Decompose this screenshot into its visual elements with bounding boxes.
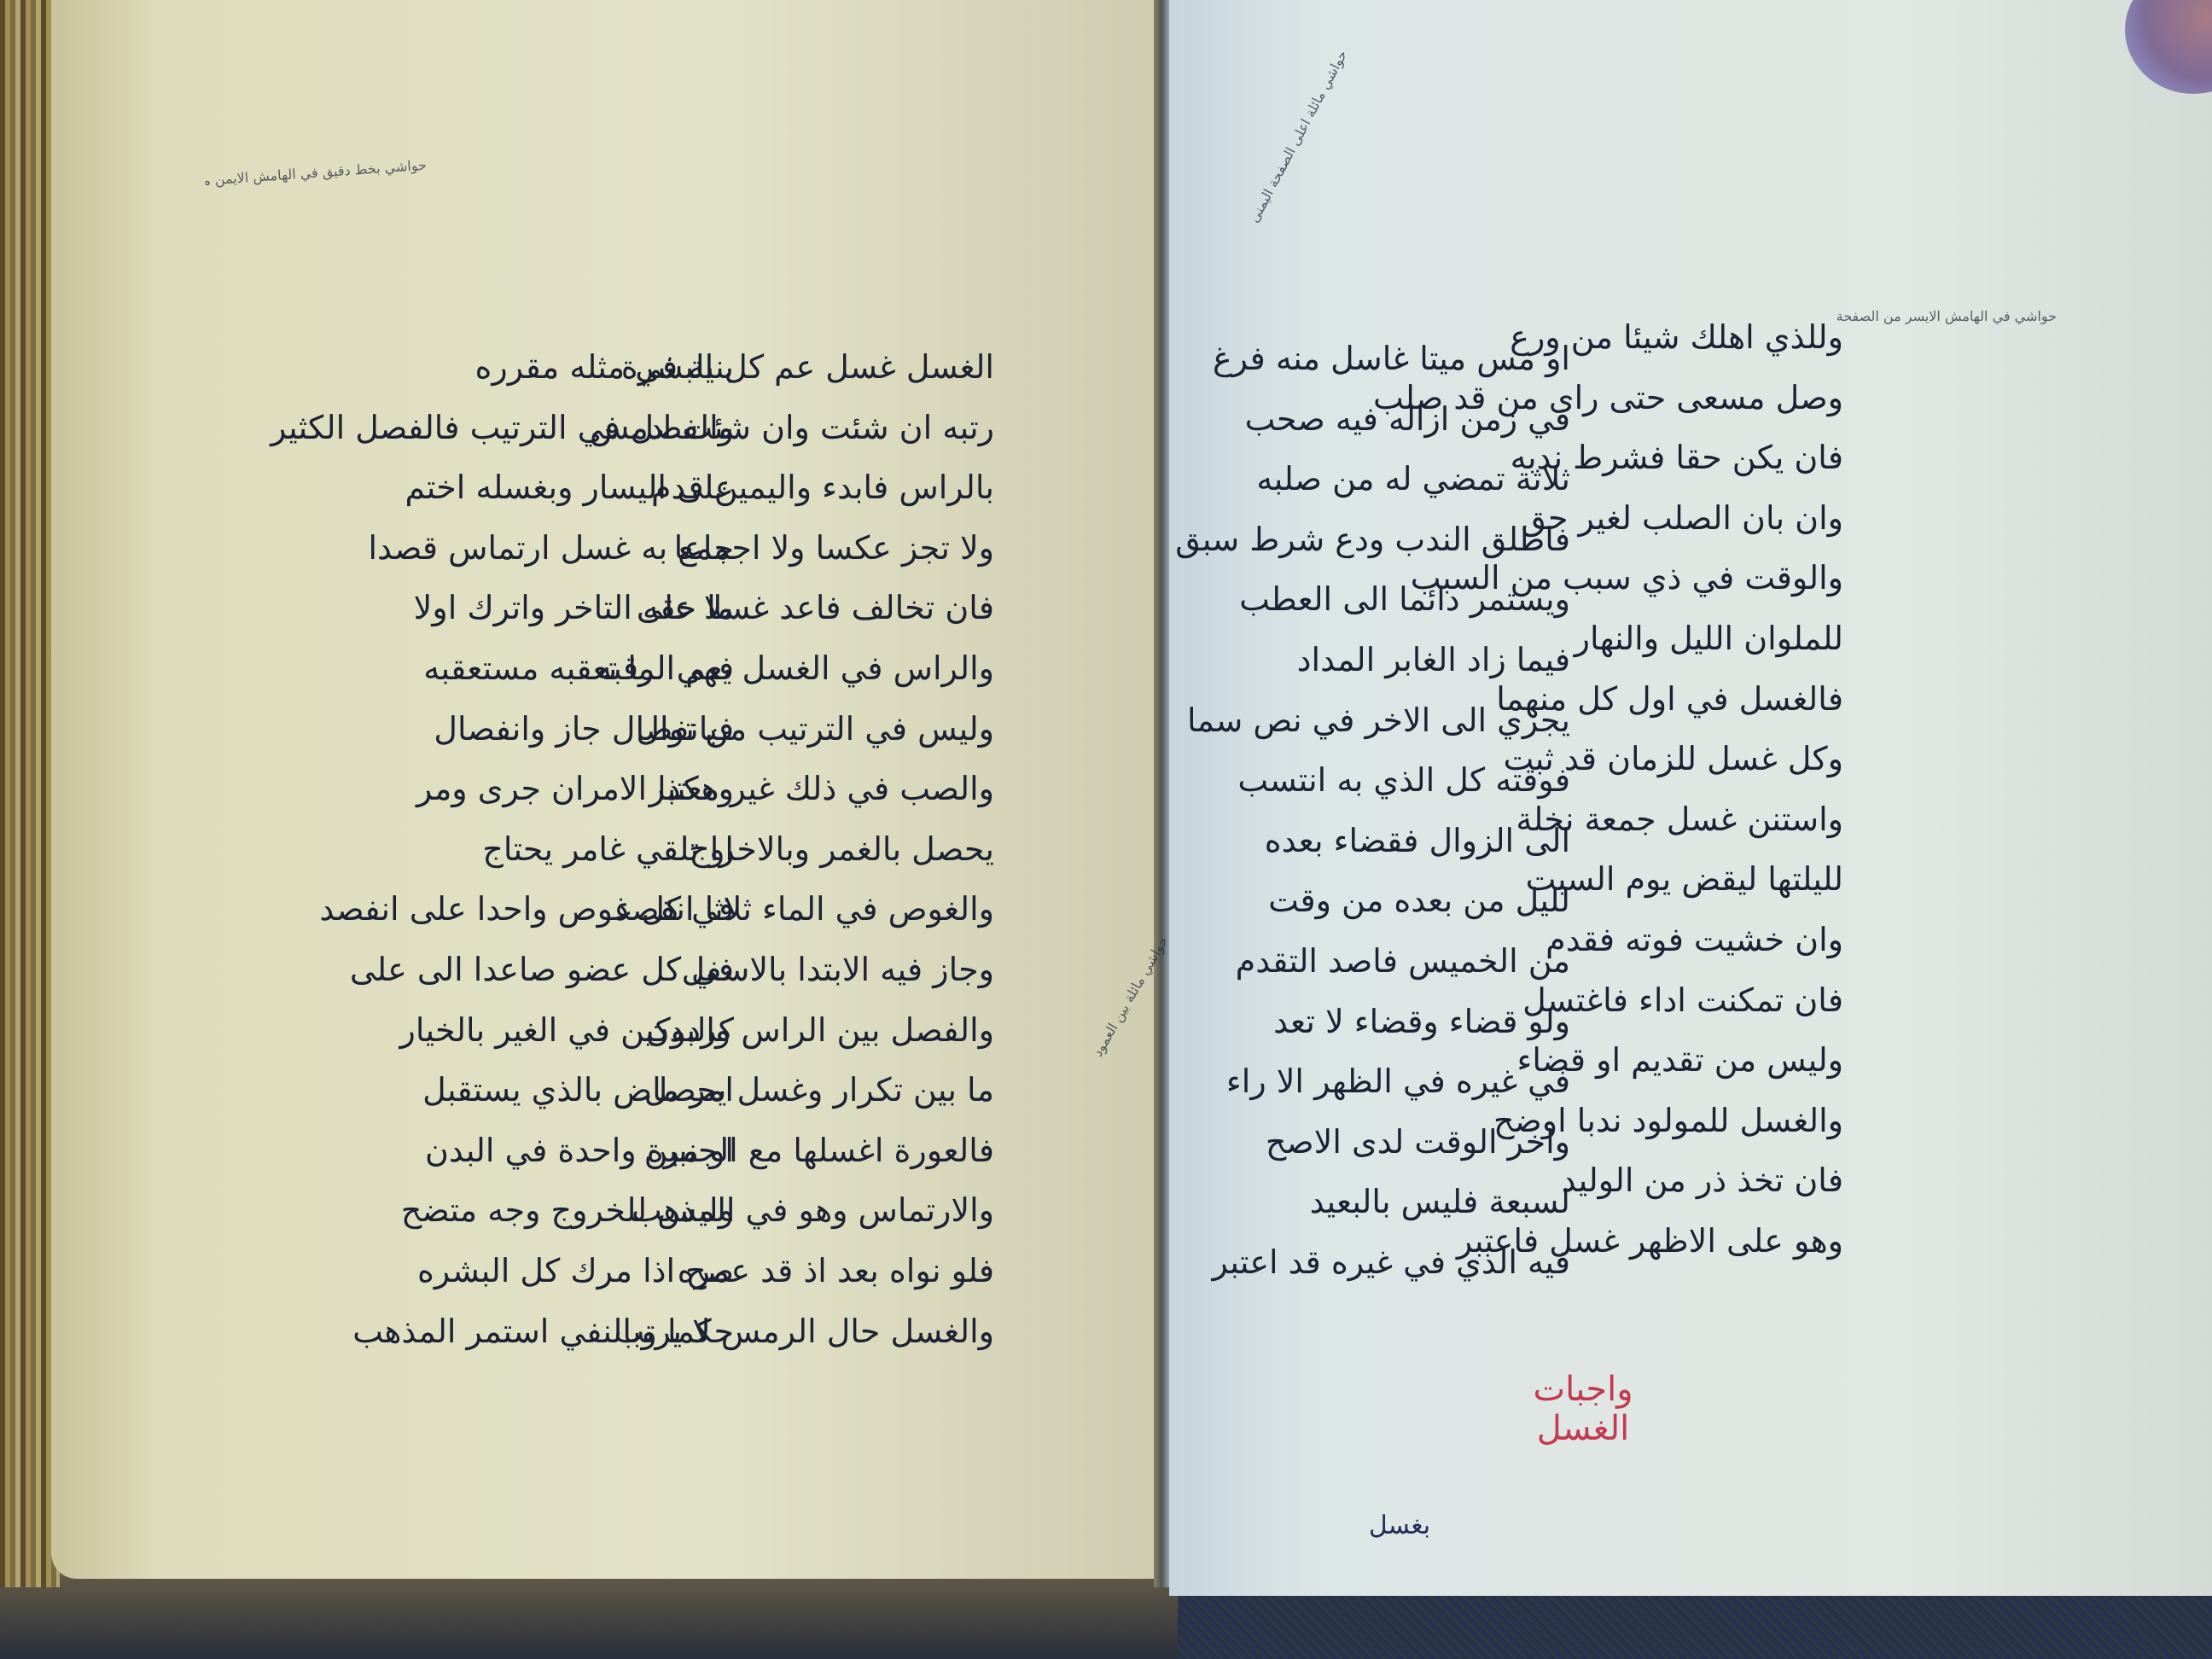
verse-line: للملوان الليل والنهار — [1587, 608, 1843, 669]
verse-line: جمع به غسل ارتماس قصدا — [461, 518, 734, 579]
verse-line: وليس من تقديم او قضاء — [1587, 1030, 1843, 1091]
verse-line: ما بين تكرار وغسل يحصل — [747, 1060, 994, 1121]
verse-line: والراس في الغسل يعم الرقبه — [747, 638, 994, 699]
verse-line: فان تمكنت اداء فاغتسل — [1587, 970, 1843, 1031]
left-page-left-column: بنية في مثله مقرره والفصل في الترتيب فال… — [461, 337, 734, 1361]
verse-line: فلو نواه بعد اذ قد عمره — [747, 1241, 994, 1301]
verse-line: من الخميس فاصد التقدم — [1297, 931, 1570, 992]
verse-line: ما حقه التاخر واترك اولا — [461, 578, 734, 638]
verse-line: بنية في مثله مقرره — [461, 337, 734, 398]
verse-line: والوقت في ذي سبب من السبب — [1587, 548, 1843, 608]
verse-line: وان بان الصلب لغير حق — [1587, 488, 1843, 549]
verse-line: في كل عضو صاعدا الى على — [461, 940, 734, 1000]
verse-line: الغسل غسل عم كل البشرة — [747, 337, 994, 398]
verse-line: والارتماس وهو في المذهب — [747, 1180, 994, 1241]
verse-line: فبانفصال جاز وانفصال — [461, 699, 734, 760]
verse-line: فاطلق الندب ودع شرط سبق — [1297, 509, 1570, 570]
verse-line: فهي لما تعقبه مستعقبه — [461, 638, 734, 699]
verse-line: فان تخالف فاعد غسلا على — [747, 578, 994, 638]
verse-line: وليس في الترتيب من توال — [747, 699, 994, 760]
verse-line: ويستمر دائما الى العطب — [1297, 569, 1570, 630]
right-page-right-column: وللذي اهلك شيئا من ورع وصل مسعى حتى راى … — [1587, 307, 1843, 1272]
verse-line: ثلاثة تمضي له من صلبه — [1297, 449, 1570, 509]
verse-line: والغسل للمولود ندبا اوضح — [1587, 1091, 1843, 1151]
verse-line: وكل غسل للزمان قد ثبت — [1587, 729, 1843, 789]
verse-line: يجري الى الاخر في نص سما — [1297, 690, 1570, 751]
verse-line: فان يكن حقا فشرط ندبه — [1587, 428, 1843, 488]
verse-line: وهكذا الامران جرى ومر — [461, 759, 734, 819]
verse-line: فالغسل في اول كل منهما — [1587, 669, 1843, 730]
verse-line: فالعورة اغسلها مع الجنبين — [747, 1121, 994, 1181]
verse-line: والصب في ذلك غير معتبر — [747, 759, 994, 819]
verse-line: لليل من بعده من وقت — [1297, 870, 1570, 931]
verse-line: والغوص في الماء ثلاثا انقصد — [747, 879, 994, 940]
verse-line: رتبه ان شئت وان شئت ادمس — [747, 398, 994, 458]
section-heading: واجبات الغسل — [1485, 1370, 1681, 1448]
left-page-right-column: الغسل غسل عم كل البشرة رتبه ان شئت وان ش… — [747, 337, 994, 1361]
verse-line: في كل غوص واحدا على انفصد — [461, 879, 734, 940]
verse-line: على اليسار وبغسله اختم — [461, 457, 734, 518]
verse-line: وليس للخروج وجه متضح — [461, 1180, 734, 1241]
verse-line: امر ماض بالذي يستقبل — [461, 1060, 734, 1121]
verse-line: واستنن غسل جمعة نخلة — [1587, 789, 1843, 850]
verse-line: يحصل بالغمر وبالاخراج — [747, 819, 994, 880]
verse-line: والفصل في الترتيب فالفصل الكثير — [461, 398, 734, 458]
verse-line: ولا تجز عكسا ولا اجماعا — [747, 518, 994, 579]
verse-line: او تلقي غامر يحتاج — [461, 819, 734, 880]
verse-line: فيه الذي في غيره قد اعتبر — [1297, 1232, 1570, 1293]
marginal-notes-right-side: حواشي في الهامش الايسر من الصفحة اليمنى — [1835, 307, 2057, 1417]
verse-line: وصل مسعى حتى راى من قد صلب — [1587, 368, 1843, 428]
verse-line: كردوكين في الغير بالخيار — [461, 1000, 734, 1061]
verse-line: وهو على الاظهر غسل فاعتبر — [1587, 1211, 1843, 1272]
catchword: بغسل — [1365, 1511, 1434, 1540]
verse-line: فوقته كل الذي به انتسب — [1297, 750, 1570, 811]
verse-line: والغسل حال الرمس لا يرتب — [747, 1301, 994, 1362]
verse-line: وجاز فيه الابتدا بالاسفل — [747, 940, 994, 1000]
verse-line: فيما زاد الغابر المداد — [1297, 630, 1570, 690]
verse-line: او مرة واحدة في البدن — [461, 1121, 734, 1181]
verse-line: لليلتها ليقض يوم السبت — [1587, 849, 1843, 910]
book-gutter — [1154, 0, 1171, 1587]
verse-line: الى الزوال فقضاء بعده — [1297, 811, 1570, 871]
verse-line: وللذي اهلك شيئا من ورع — [1587, 307, 1843, 368]
verse-line: وان خشيت فوته فقدم — [1587, 910, 1843, 970]
verse-line: بالراس فابدء واليمين قدم — [747, 457, 994, 518]
verse-line: في زمن ازاله فيه صحب — [1297, 389, 1570, 450]
verse-line: فان تخذ ذر من الوليد — [1587, 1150, 1843, 1211]
verse-line: والفصل بين الراس والبدن — [747, 1000, 994, 1061]
